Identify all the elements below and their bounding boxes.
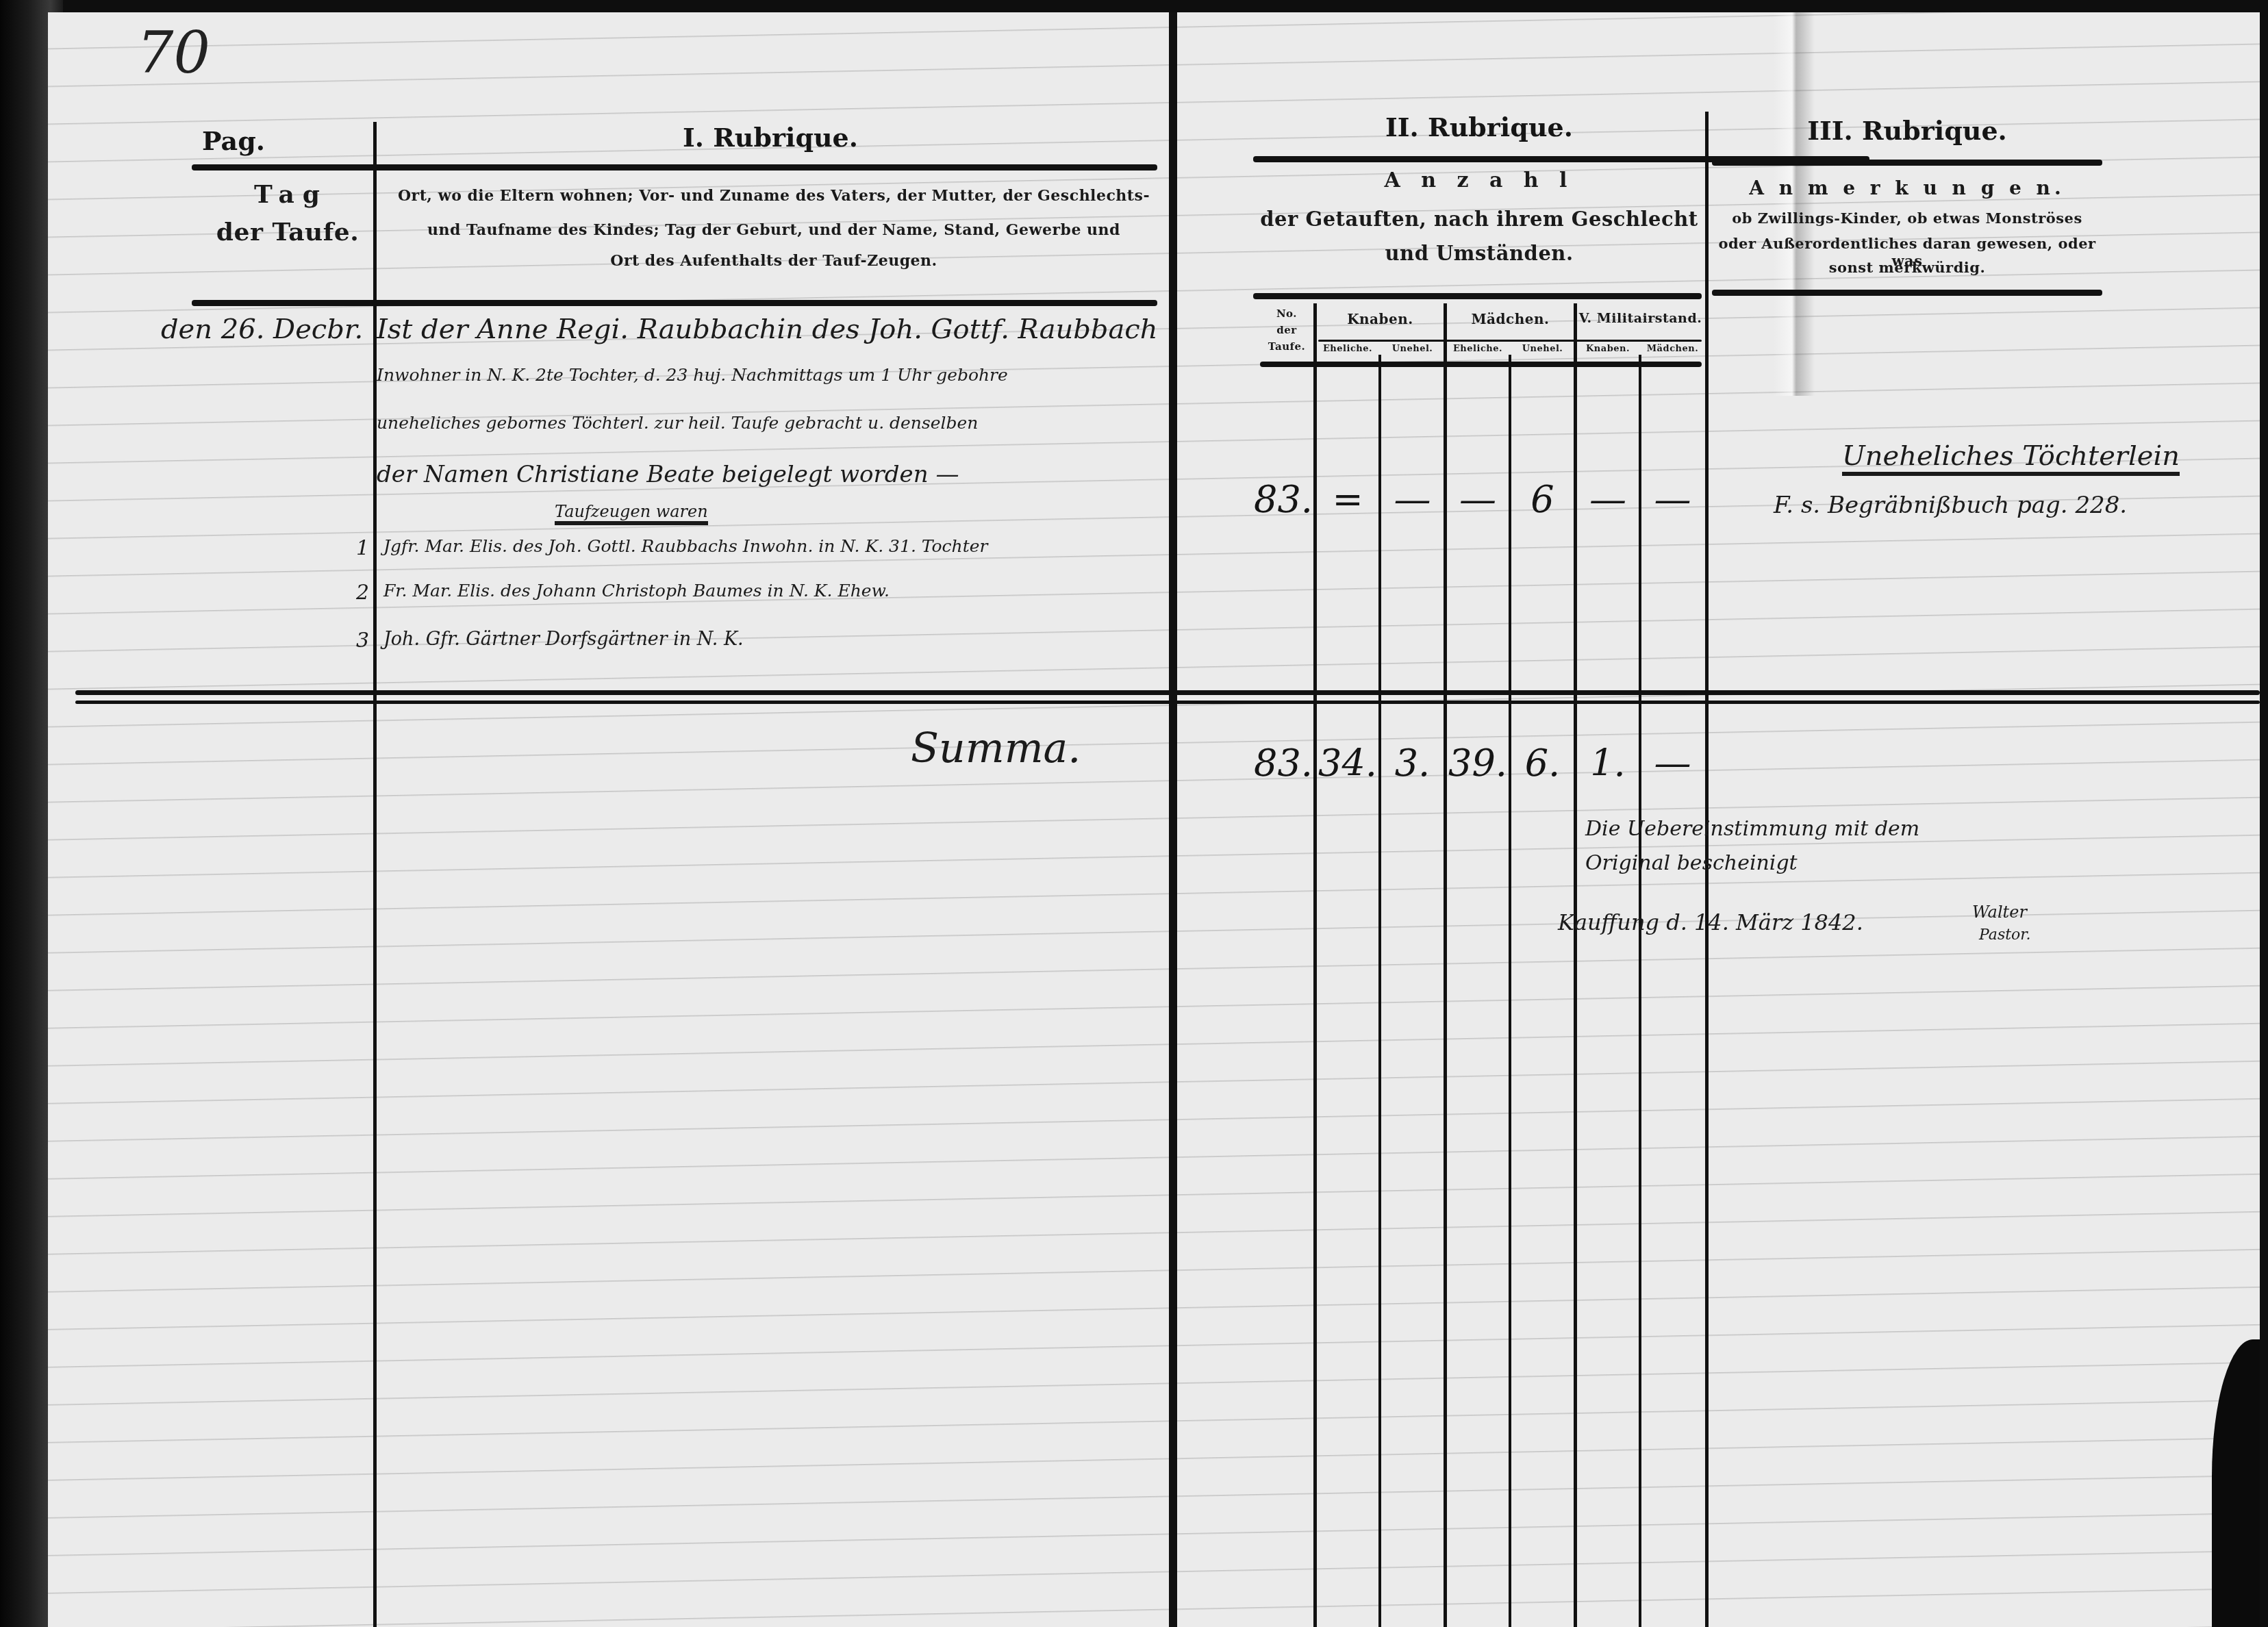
rule-header-1-bottom bbox=[192, 300, 1157, 306]
rule-summa-2 bbox=[75, 701, 2260, 704]
certification-place-date: Kauffung d. 14. März 1842. bbox=[1558, 909, 1863, 935]
rule-subgroups bbox=[1318, 340, 1702, 342]
rubrique-2-desc-1: A n z a h l bbox=[1253, 168, 1705, 192]
rule-subheader-bottom bbox=[1260, 362, 1702, 367]
rubrique-3-desc-1: A n m e r k u n g e n. bbox=[1712, 177, 2102, 199]
col-no-line-2: der bbox=[1260, 322, 1313, 338]
rubrique-1-desc-3: Ort des Aufenthalts der Tauf-Zeugen. bbox=[383, 252, 1164, 270]
register-page: 70 Pag. Tag der Taufe. I. Rubrique. Ort,… bbox=[48, 12, 2260, 1627]
summa-militair-maedchen: — bbox=[1641, 742, 1704, 785]
count-militair-maedchen: — bbox=[1641, 478, 1704, 521]
col-no-der-taufe: No. der Taufe. bbox=[1260, 305, 1313, 355]
rule-col-md-unehel bbox=[1509, 355, 1511, 1627]
rubrique-2-desc-2: der Getauften, nach ihrem Geschlecht bbox=[1253, 207, 1705, 231]
rule-col-date bbox=[373, 122, 377, 1627]
summa-knaben-unehel: 3. bbox=[1381, 742, 1444, 785]
entry-line-4: der Namen Christiane Beate beigelegt wor… bbox=[377, 461, 1164, 488]
count-no-der-taufe: 83. bbox=[1253, 478, 1313, 521]
certification-line-2: Original bescheinigt bbox=[1585, 851, 1798, 875]
paper-fold bbox=[1774, 12, 1815, 396]
signature-title: Pastor. bbox=[1979, 926, 2030, 944]
rubrique-3-desc-2: ob Zwillings-Kinder, ob etwas Monströses bbox=[1712, 210, 2102, 227]
rule-col-kn-unehel bbox=[1378, 355, 1381, 1627]
summa-knaben-ehelich: 34. bbox=[1317, 742, 1378, 785]
col-militair-knaben: Knaben. bbox=[1577, 344, 1639, 354]
col-maedchen-unehel: Unehel. bbox=[1511, 344, 1574, 354]
rubrique-1-title: I. Rubrique. bbox=[377, 122, 1164, 153]
col-knaben-group: Knaben. bbox=[1317, 311, 1444, 327]
summa-maedchen-ehelich: 39. bbox=[1447, 742, 1509, 785]
count-knaben-unehel: — bbox=[1381, 478, 1444, 521]
col-no-line-1: No. bbox=[1260, 305, 1313, 322]
remarks-reference: F. s. Begräbnißbuch pag. 228. bbox=[1774, 492, 2127, 519]
witness-2: Fr. Mar. Elis. des Johann Christoph Baum… bbox=[383, 581, 1164, 601]
summa-militair-knaben: 1. bbox=[1577, 742, 1639, 785]
entry-line-5: Taufzeugen waren bbox=[555, 502, 708, 525]
page-number: 70 bbox=[137, 19, 210, 86]
rule-col-mil-maedchen bbox=[1639, 355, 1641, 1627]
rule-header-3-bottom bbox=[1712, 290, 2102, 296]
rule-page-gutter bbox=[1169, 12, 1177, 1627]
signature-name: Walter bbox=[1972, 903, 2027, 922]
witness-2-no: 2 bbox=[356, 581, 369, 605]
entry-line-1: Ist der Anne Regi. Raubbachin des Joh. G… bbox=[377, 314, 1164, 345]
entry-date: den 26. Decbr. bbox=[161, 314, 363, 345]
entry-line-2: Inwohner in N. K. 2te Tochter, d. 23 huj… bbox=[377, 365, 1164, 385]
rule-header-2-bottom bbox=[1253, 293, 1702, 299]
rubrique-2-desc-3: und Umständen. bbox=[1253, 242, 1705, 265]
count-maedchen-unehel: 6 bbox=[1511, 478, 1574, 521]
rubrique-3-desc-4: sonst merkwürdig. bbox=[1712, 259, 2102, 276]
header-der-taufe: der Taufe. bbox=[205, 218, 370, 247]
count-militair-knaben: — bbox=[1577, 478, 1639, 521]
rubrique-3-title: III. Rubrique. bbox=[1712, 115, 2102, 146]
rule-header-1-top bbox=[192, 164, 1157, 171]
summa-label: Summa. bbox=[911, 724, 1081, 772]
col-militair-maedchen: Mädchen. bbox=[1641, 344, 1704, 354]
col-no-line-3: Taufe. bbox=[1260, 338, 1313, 355]
col-knaben-ehelich: Eheliche. bbox=[1317, 344, 1378, 354]
rule-summa-1 bbox=[75, 690, 2260, 695]
certification-line-1: Die Uebereinstimmung mit dem bbox=[1585, 817, 1919, 841]
rubrique-1-desc-1: Ort, wo die Eltern wohnen; Vor- und Zuna… bbox=[383, 187, 1164, 205]
col-militair-group: V. Militairstand. bbox=[1577, 311, 1704, 326]
entry-line-3: uneheliches gebornes Töchterl. zur heil.… bbox=[377, 413, 1164, 433]
summa-no-der-taufe: 83. bbox=[1253, 742, 1313, 785]
witness-3: Joh. Gfr. Gärtner Dorfsgärtner in N. K. bbox=[383, 629, 1164, 650]
rubrique-1-desc-2: und Taufname des Kindes; Tag der Geburt,… bbox=[383, 221, 1164, 239]
col-maedchen-group: Mädchen. bbox=[1447, 311, 1574, 327]
header-pag: Pag. bbox=[202, 125, 265, 156]
torn-corner bbox=[2212, 1339, 2260, 1627]
count-knaben-ehelich: = bbox=[1317, 478, 1378, 521]
header-tag: Tag bbox=[219, 180, 363, 209]
summa-maedchen-unehel: 6. bbox=[1511, 742, 1574, 785]
remarks-title: Uneheliches Töchterlein bbox=[1842, 440, 2180, 476]
witness-1-no: 1 bbox=[356, 536, 369, 560]
witness-1: Jgfr. Mar. Elis. des Joh. Gottl. Raubbac… bbox=[383, 536, 1164, 556]
witness-3-no: 3 bbox=[356, 629, 369, 653]
count-maedchen-ehelich: — bbox=[1447, 478, 1509, 521]
rule-header-3-top bbox=[1712, 160, 2102, 166]
rubrique-2-title: II. Rubrique. bbox=[1253, 112, 1705, 142]
col-knaben-unehel: Unehel. bbox=[1381, 344, 1444, 354]
col-maedchen-ehelich: Eheliche. bbox=[1447, 344, 1509, 354]
